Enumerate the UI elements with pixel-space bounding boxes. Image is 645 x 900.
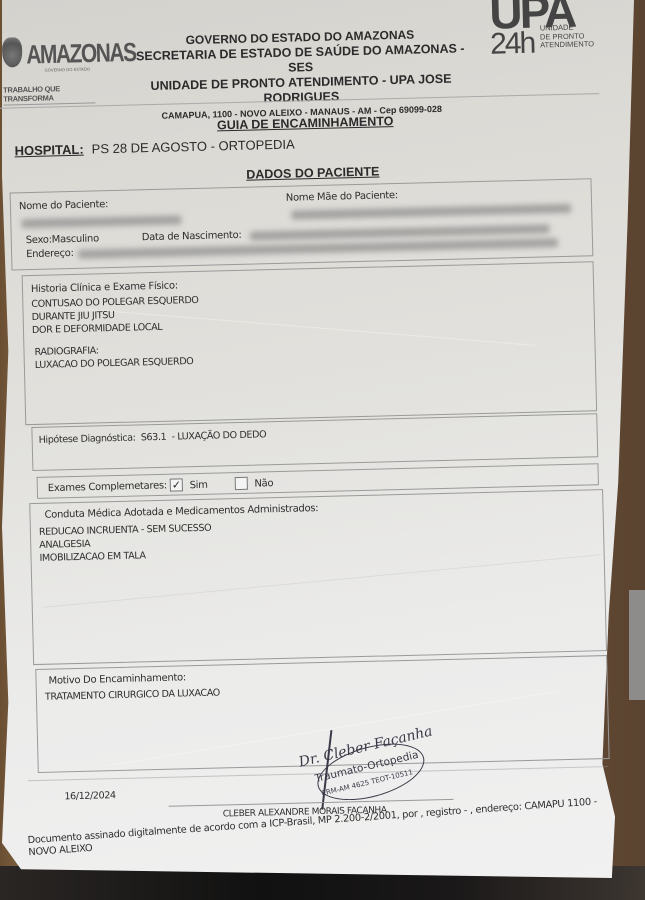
complementary-exams-row: Exames Complemetares: ✓ Sim Não	[48, 476, 274, 495]
birth-date-label: Data de Nascimento:	[142, 230, 242, 243]
medical-conduct-label: Conduta Médica Adotada e Medicamentos Ad…	[44, 503, 318, 521]
state-logo-slogan: TRABALHO QUE TRANSFORMA	[3, 83, 101, 103]
clinical-history-line: DOR E DEFORMIDADE LOCAL	[32, 321, 163, 337]
checkmark-icon: ✓	[172, 478, 181, 491]
mother-name-value-redacted	[291, 204, 571, 220]
upa-logo-tagline: UNIDADE DE PRONTO ATENDIMENTO	[540, 23, 595, 50]
medical-conduct-line: ANALGESIA	[39, 538, 90, 552]
exams-yes-label: Sim	[190, 479, 208, 490]
patient-name-value-redacted	[21, 215, 181, 228]
doctor-stamp-signature: Dr. Cleber Façanha Traumato-Ortopedia CR…	[297, 731, 439, 804]
radiography-value: LUXACAO DO POLEGAR ESQUERDO	[35, 355, 194, 372]
complementary-exams-label: Exames Complemetares:	[48, 480, 167, 494]
diagnosis-text: - LUXAÇÃO DO DEDO	[171, 429, 266, 442]
clinical-history-line: CONTUSAO DO POLEGAR ESQUERDO	[31, 294, 198, 311]
state-crest-icon	[2, 37, 23, 67]
address-label: Endereço:	[26, 248, 74, 260]
medical-conduct-line: IMOBILIZACAO EM TALA	[39, 549, 145, 565]
hospital-value: PS 28 DE AGOSTO - ORTOPEDIA	[91, 137, 294, 157]
clinical-history-box: Historia Clínica e Exame Físico: CONTUSA…	[22, 261, 597, 425]
clinical-history-label: Historia Clínica e Exame Físico:	[31, 280, 178, 295]
mother-name-label: Nome Mãe do Paciente:	[286, 190, 398, 204]
referral-document: AMAZONAS GOVERNO DO ESTADO TRABALHO QUE …	[0, 0, 645, 900]
referral-reason-value: TRATAMENTO CIRURGICO DA LUXACAO	[45, 687, 220, 704]
referral-reason-label: Motivo Do Encaminhamento:	[48, 672, 186, 686]
institution-header: GOVERNO DO ESTADO DO AMAZONAS SECRETARIA…	[130, 26, 472, 124]
exams-no-label: Não	[254, 478, 273, 489]
patient-data-box: Nome do Paciente: Nome Mãe do Paciente: …	[10, 178, 594, 270]
state-logo: AMAZONAS GOVERNO DO ESTADO TRABALHO QUE …	[0, 33, 101, 97]
signature-date: 16/12/2024	[64, 789, 116, 803]
destination-hospital: HOSPITAL:PS 28 DE AGOSTO - ORTOPEDIA	[14, 137, 294, 159]
upa-logo-hours: 24h	[490, 29, 535, 60]
patient-name-label: Nome do Paciente:	[19, 199, 108, 212]
exams-yes-checkbox[interactable]: ✓	[170, 478, 183, 491]
exams-no-checkbox[interactable]	[234, 477, 247, 490]
medical-conduct-line: REDUCAO INCRUENTA - SEM SUCESSO	[39, 522, 212, 539]
medical-conduct-box: Conduta Médica Adotada e Medicamentos Ad…	[29, 489, 607, 665]
birth-date-value-redacted	[250, 224, 550, 240]
diagnosis-label: Hipótese Diagnóstica:	[39, 433, 136, 446]
document-title: GUIA DE ENCAMINHAMENTO	[217, 114, 394, 132]
sex-value: Masculino	[52, 233, 99, 245]
sex-label: Sexo:Masculino	[26, 233, 99, 246]
diagnosis-code: S63.1	[141, 432, 167, 444]
upa-logo: UPA 24h UNIDADE DE PRONTO ATENDIMENTO	[489, 0, 631, 70]
state-logo-subtitle: GOVERNO DO ESTADO	[45, 67, 90, 73]
section-title-patient-data: DADOS DO PACIENTE	[246, 164, 379, 181]
diagnosis-line: Hipótese Diagnóstica: S63.1 - LUXAÇÃO DO…	[39, 428, 267, 447]
hospital-label: HOSPITAL:	[14, 142, 83, 159]
